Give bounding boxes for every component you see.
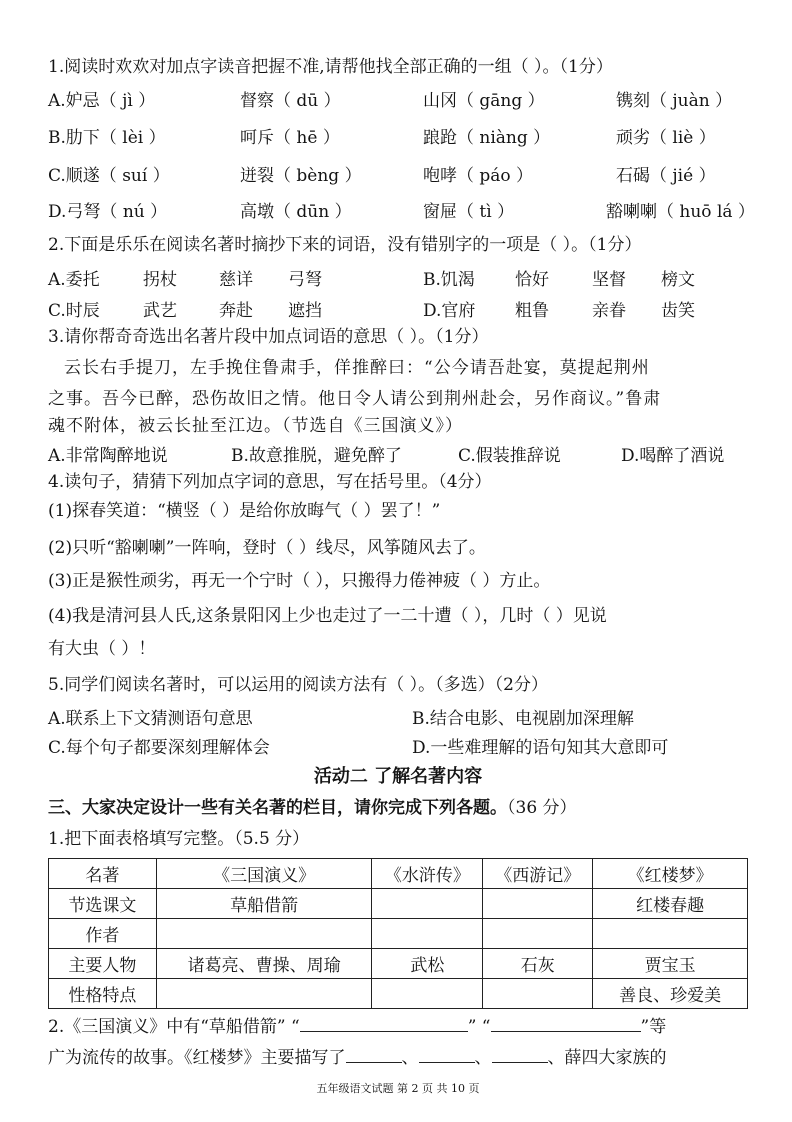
q5-stem: 5.同学们阅读名著时，可以运用的阅读方法有（ ）。（多选）（2分） <box>48 674 548 696</box>
q3-passage-line-1: 云长右手提刀，左手挽住鲁肃手，佯推醉曰：“公今请吾赴宴，莫提起荆州 <box>64 357 650 379</box>
table-cell: 性格特点 <box>49 979 157 1009</box>
answer-blank[interactable] <box>492 1048 548 1063</box>
q2-word: 武艺 <box>143 296 177 321</box>
activity-title: 活动二 了解名著内容 <box>48 766 748 788</box>
answer-blank[interactable] <box>300 1017 468 1032</box>
q2-word: 粗鲁 <box>515 296 549 321</box>
table-cell: 武松 <box>372 949 483 979</box>
q1-option-b3: 踉跄（ niàng ） <box>423 123 550 148</box>
table-cell-blank[interactable] <box>372 889 483 919</box>
table-row: 节选课文 草船借箭 红楼春趣 <box>49 889 748 919</box>
q2-word: 弓弩 <box>288 265 322 290</box>
q1-option-c3: 咆哮（ páo ） <box>423 161 533 186</box>
section-3-heading: 三、大家决定设计一些有关名著的栏目，请你完成下列各题。（36 分） <box>48 797 577 819</box>
q1-option-c4: 石碣（ jié ） <box>616 161 716 186</box>
q3-option-d: D.喝醉了酒说 <box>621 441 724 466</box>
s3-q2-line-1: 2.《三国演义》中有“草船借箭” “” “”等 <box>48 1016 748 1038</box>
table-cell-blank[interactable] <box>483 979 593 1009</box>
table-cell-blank[interactable] <box>483 919 593 949</box>
q1-option-row-a: A.妒忌（ jì ） 督察（ dū ） 山冈（ gāng ） 镌刻（ juàn … <box>48 86 748 108</box>
q5-option-c: C.每个句子都要深刻理解体会 <box>48 733 270 758</box>
q1-option-c1: C.顺遂（ suí ） <box>48 161 170 186</box>
q1-stem: 1.阅读时欢欢对加点字读音把握不准,请帮他找全部正确的一组（ ）。（1分） <box>48 56 613 78</box>
section-3-title: 三、大家决定设计一些有关名著的栏目，请你完成下列各题。 <box>48 798 507 818</box>
q2-row-1: A.委托 拐杖 慈详 弓弩 B.饥渴 恰好 坚督 榜文 <box>48 265 748 287</box>
q2-word: A.委托 <box>48 265 100 290</box>
q2-word: 遮挡 <box>288 296 322 321</box>
q2-word: C.时辰 <box>48 296 100 321</box>
s3-q2-text: 2.《三国演义》中有“草船借箭” “ <box>48 1017 300 1037</box>
q2-word: 恰好 <box>515 265 549 290</box>
table-cell: 草船借箭 <box>156 889 372 919</box>
table-cell-blank[interactable] <box>156 919 372 949</box>
s3-q2-text: 、薛四大家族的 <box>548 1048 667 1068</box>
q1-option-d3: 窗屉（ tì ） <box>423 197 514 222</box>
q1-option-a4: 镌刻（ juàn ） <box>616 86 732 111</box>
q2-word: 亲眷 <box>592 296 626 321</box>
q4-sentence-2: (2)只听“豁喇喇”一阵响，登时（ ）线尽，风筝随风去了。 <box>48 537 486 559</box>
q3-passage-line-3: 魂不附体，被云长扯至江边。（节选自《三国演义》） <box>48 415 463 437</box>
table-row: 作者 <box>49 919 748 949</box>
q1-option-row-c: C.顺遂（ suí ） 迸裂（ bèng ） 咆哮（ páo ） 石碣（ jié… <box>48 161 748 183</box>
table-cell-blank[interactable] <box>372 979 483 1009</box>
q1-option-c2: 迸裂（ bèng ） <box>240 161 362 186</box>
table-row: 性格特点 善良、珍爱美 <box>49 979 748 1009</box>
table-cell: 节选课文 <box>49 889 157 919</box>
table-cell: 《西游记》 <box>483 859 593 889</box>
q3-option-a: A.非常陶醉地说 <box>48 441 168 466</box>
q2-stem: 2.下面是乐乐在阅读名著时摘抄下来的词语，没有错别字的一项是（ ）。（1分） <box>48 234 641 256</box>
q3-stem: 3.请你帮奇奇选出名著片段中加点词语的意思（ ）。（1分） <box>48 326 488 348</box>
q2-word: 齿笑 <box>661 296 695 321</box>
section-3-score: （36 分） <box>507 798 577 818</box>
q5-option-a: A.联系上下文猜测语句意思 <box>48 704 253 729</box>
q3-option-b: B.故意推脱，避免醉了 <box>231 441 402 466</box>
q2-word: 拐杖 <box>143 265 177 290</box>
q2-word: D.官府 <box>423 296 475 321</box>
q1-option-row-d: D.弓弩（ nú ） 高墩（ dūn ） 窗屉（ tì ） 豁喇喇（ huō l… <box>48 197 748 219</box>
table-cell: 石灰 <box>483 949 593 979</box>
answer-blank[interactable] <box>346 1048 402 1063</box>
q1-option-a2: 督察（ dū ） <box>240 86 341 111</box>
table-cell: 《水浒传》 <box>372 859 483 889</box>
q4-stem: 4.读句子，猜猜下列加点字词的意思，写在括号里。（4分） <box>48 471 492 493</box>
table-cell: 《三国演义》 <box>156 859 372 889</box>
s3-q2-text: 广为流传的故事。《红楼梦》主要描写了 <box>48 1048 346 1068</box>
table-cell-blank[interactable] <box>483 889 593 919</box>
q3-options: A.非常陶醉地说 B.故意推脱，避免醉了 C.假装推辞说 D.喝醉了酒说 <box>48 441 748 463</box>
q1-option-d4: 豁喇喇（ huō lá ） <box>606 197 755 222</box>
answer-blank[interactable] <box>419 1048 475 1063</box>
s3-q2-text: ” “ <box>468 1017 491 1037</box>
table-cell: 《红楼梦》 <box>593 859 748 889</box>
table-cell-blank[interactable] <box>593 919 748 949</box>
answer-blank[interactable] <box>491 1017 641 1032</box>
q2-word: 坚督 <box>592 265 626 290</box>
s3-q1-stem: 1.把下面表格填写完整。（5.5 分） <box>48 828 309 850</box>
q5-option-b: B.结合电影、电视剧加深理解 <box>412 704 634 729</box>
table-cell-blank[interactable] <box>156 979 372 1009</box>
table-cell: 诸葛亮、曹操、周瑜 <box>156 949 372 979</box>
q2-word: 慈详 <box>219 265 253 290</box>
page-footer: 五年级语文试题 第 2 页 共 10 页 <box>48 1080 748 1096</box>
q1-option-d1: D.弓弩（ nú ） <box>48 197 167 222</box>
classic-novels-table: 名著 《三国演义》 《水浒传》 《西游记》 《红楼梦》 节选课文 草船借箭 红楼… <box>48 858 748 1009</box>
q1-option-a3: 山冈（ gāng ） <box>423 86 545 111</box>
q4-sentence-4-cont: 有大虫（ ）！ <box>48 638 155 660</box>
table-cell: 善良、珍爱美 <box>593 979 748 1009</box>
table-cell-blank[interactable] <box>372 919 483 949</box>
q1-option-b4: 顽劣（ liè ） <box>616 123 716 148</box>
q1-option-row-b: B.肋下（ lèi ） 呵斥（ hē ） 踉跄（ niàng ） 顽劣（ liè… <box>48 123 748 145</box>
q2-row-2: C.时辰 武艺 奔赴 遮挡 D.官府 粗鲁 亲眷 齿笑 <box>48 296 748 318</box>
q4-sentence-1: (1)探春笑道：“横竖（ ）是给你放晦气（ ）罢了！” <box>48 500 440 522</box>
s3-q2-text: ”等 <box>641 1017 667 1037</box>
q3-passage-line-2: 之事。吾今已醉，恐伤故旧之情。他日令人请公到荆州赴会，另作商议。”鲁肃 <box>48 388 661 410</box>
table-cell: 作者 <box>49 919 157 949</box>
q1-option-a1: A.妒忌（ jì ） <box>48 86 155 111</box>
q1-option-b1: B.肋下（ lèi ） <box>48 123 166 148</box>
q4-sentence-4: (4)我是清河县人氏,这条景阳冈上少也走过了一二十遭（ ），几时（ ）见说 <box>48 605 607 627</box>
table-cell: 红楼春趣 <box>593 889 748 919</box>
q3-option-c: C.假装推辞说 <box>458 441 561 466</box>
q2-word: B.饥渴 <box>423 265 475 290</box>
q2-word: 榜文 <box>661 265 695 290</box>
s3-q2-text: 、 <box>402 1048 419 1068</box>
s3-q2-text: 、 <box>475 1048 492 1068</box>
s3-q2-line-2: 广为流传的故事。《红楼梦》主要描写了、、、薛四大家族的 <box>48 1047 748 1069</box>
q5-option-d: D.一些难理解的语句知其大意即可 <box>412 733 668 758</box>
table-row: 主要人物 诸葛亮、曹操、周瑜 武松 石灰 贾宝玉 <box>49 949 748 979</box>
q1-option-d2: 高墩（ dūn ） <box>240 197 352 222</box>
q2-word: 奔赴 <box>219 296 253 321</box>
table-cell: 名著 <box>49 859 157 889</box>
table-cell: 贾宝玉 <box>593 949 748 979</box>
q1-option-b2: 呵斥（ hē ） <box>240 123 340 148</box>
table-cell: 主要人物 <box>49 949 157 979</box>
q4-sentence-3: (3)正是猴性顽劣，再无一个宁时（ ），只搬得力倦神疲（ ）方止。 <box>48 570 550 592</box>
q5-options-row-2: C.每个句子都要深刻理解体会 D.一些难理解的语句知其大意即可 <box>48 733 748 755</box>
table-row: 名著 《三国演义》 《水浒传》 《西游记》 《红楼梦》 <box>49 859 748 889</box>
q5-options-row-1: A.联系上下文猜测语句意思 B.结合电影、电视剧加深理解 <box>48 704 748 726</box>
